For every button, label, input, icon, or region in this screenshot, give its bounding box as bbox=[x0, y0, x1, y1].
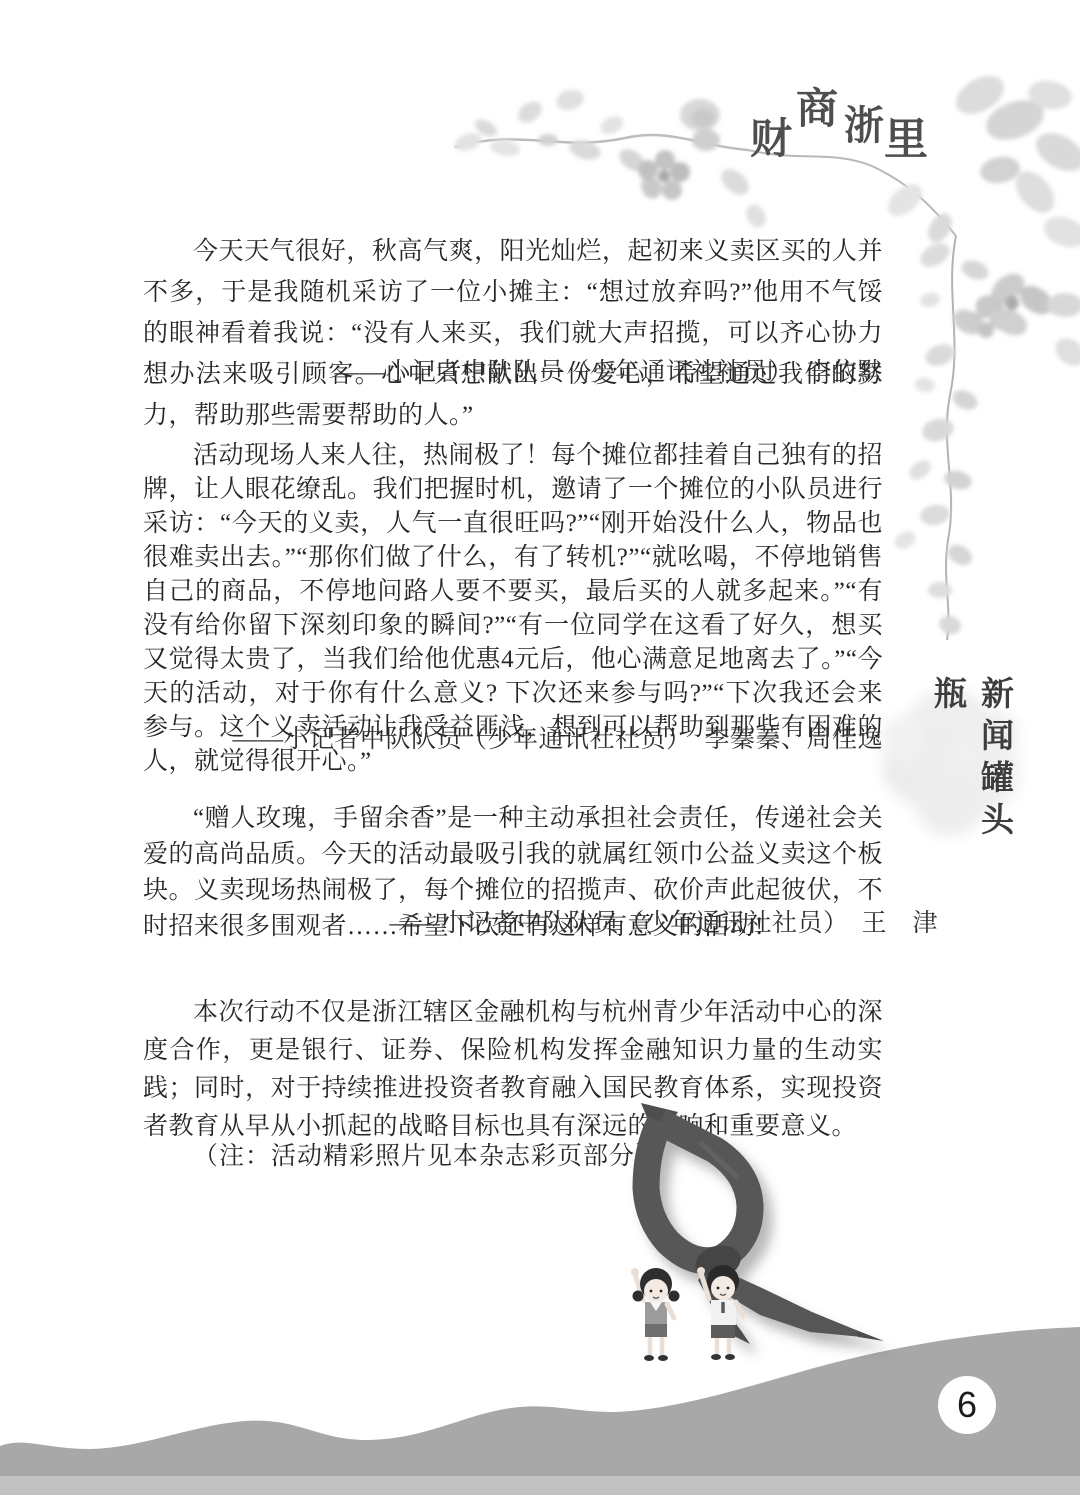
flower-icon bbox=[638, 150, 690, 200]
column-vertical-label: 新闻罐头瓶 bbox=[924, 676, 1018, 876]
title-char-4: 里 bbox=[884, 118, 928, 162]
magazine-page: 财 商 浙 里 今天天气很好，秋高气爽，阳光灿烂，起初来义卖区买的人并不多，于是… bbox=[0, 0, 1080, 1495]
flower-icon bbox=[967, 302, 1005, 338]
attribution-line-2: ——小记者中队队员（少年通讯社社员） 李蓁蓁、周佳逸 bbox=[143, 719, 883, 755]
note-line: （注：活动精彩照片见本杂志彩页部分） bbox=[143, 1136, 883, 1172]
paragraph-1: 今天天气很好，秋高气爽，阳光灿烂，起初来义卖区买的人并不多，于是我随机采访了一位… bbox=[143, 231, 883, 436]
attribution-line-3: ——小记者中队队员（少年通讯社社员） 王 津 bbox=[143, 903, 938, 939]
flower-icon bbox=[976, 268, 1058, 341]
child-boy-illustration bbox=[697, 1265, 743, 1360]
title-char-1: 财 bbox=[750, 118, 792, 160]
page-number: 6 bbox=[957, 1387, 977, 1423]
attribution-line-1: ——小记者中队队员（少年通讯社社员） 李依默 bbox=[143, 352, 883, 388]
footer-wave bbox=[0, 1327, 1080, 1495]
hanging-vine-illustration bbox=[891, 236, 1005, 640]
title-char-2: 商 bbox=[796, 88, 838, 130]
paragraph-4: 本次行动不仅是浙江辖区金融机构与杭州青少年活动中心的深度合作，更是银行、证券、保… bbox=[143, 994, 883, 1146]
page-bottom-strip bbox=[0, 1476, 1080, 1495]
page-number-badge: 6 bbox=[938, 1376, 996, 1434]
title-char-3: 浙 bbox=[844, 106, 884, 146]
child-girl-illustration bbox=[631, 1268, 680, 1361]
